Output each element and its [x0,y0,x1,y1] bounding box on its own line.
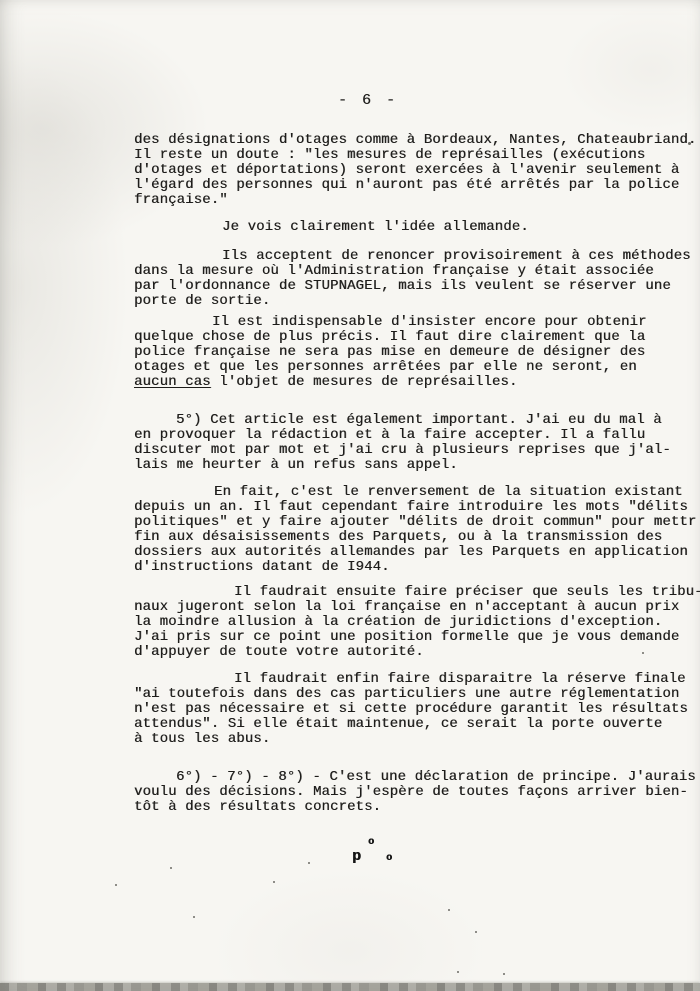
text-line: naux jugeront selon la loi française en … [134,600,700,615]
document-body: des désignations d'otages comme à Bordea… [134,133,700,815]
text-line: tôt à des résultats concrets. [134,800,700,815]
dust-speck [475,931,477,933]
dust-speck [457,971,459,973]
paragraph: Je vois clairement l'idée allemande. [134,220,700,235]
text-line: voulu des décisions. Mais j'espère de to… [134,785,700,800]
text-line: depuis un an. Il faut cependant faire in… [134,500,700,515]
paragraph: Il faudrait ensuite faire préciser que s… [134,585,700,660]
scan-bottom-edge [0,983,700,991]
text-line: Je vois clairement l'idée allemande. [134,220,700,235]
text-line: d'otages et déportations) seront exercée… [134,163,700,178]
dust-speck [642,652,644,654]
text-line: 5°) Cet article est également important.… [134,413,700,428]
paragraph: Il faudrait enfin faire disparaitre la r… [134,672,700,747]
paragraph: des désignations d'otages comme à Bordea… [134,133,700,208]
text-line: Il faudrait enfin faire disparaitre la r… [134,672,700,687]
dust-speck [688,142,691,145]
text-line: par l'ordonnance de STUPNAGEL, mais ils … [134,279,700,294]
text-line: Ils acceptent de renoncer provisoirement… [134,249,700,264]
paragraph: 6°) - 7°) - 8°) - C'est une déclaration … [134,770,700,815]
underlined-text: aucun cas [134,374,211,390]
text-line: politiques" et y faire ajouter "délits d… [134,515,700,530]
text-line: discuter mot par mot et j'ai cru à plusi… [134,443,700,458]
text-line: d'appuyer de toute votre autorité. [134,645,700,660]
dust-speck [170,867,172,869]
text-line: française." [134,193,700,208]
text-line: dossiers aux autorités allemandes par le… [134,545,700,560]
dust-speck [448,909,450,911]
text-line: n'est pas nécessaire et si cette procédu… [134,702,700,717]
stray-ink-mark: p [352,849,361,864]
page-number: - 6 - [18,92,700,109]
dust-speck [273,881,275,883]
text-line: porte de sortie. [134,294,700,309]
paragraph: 5°) Cet article est également important.… [134,413,700,473]
text-line: En fait, c'est le renversement de la sit… [134,485,700,500]
text-line: J'ai pris sur ce point une position form… [134,630,700,645]
stray-ink-mark: o [368,838,374,848]
paragraph: Il est indispensable d'insister encore p… [134,315,700,390]
text-line: l'égard des personnes qui n'auront pas é… [134,178,700,193]
text-line: en provoquer la rédaction et à la faire … [134,428,700,443]
text-line: attendus". Si elle était maintenue, ce s… [134,717,700,732]
text-line: "ai toutefois dans des cas particuliers … [134,687,700,702]
text-line: quelque chose de plus précis. Il faut di… [134,330,700,345]
text-line: police française ne sera pas mise en dem… [134,345,700,360]
dust-speck [115,884,117,886]
text-line: d'instructions datant de I944. [134,560,700,575]
text-line: Il faudrait ensuite faire préciser que s… [134,585,700,600]
text-line: la moindre allusion à la création de jur… [134,615,700,630]
text-line: Il reste un doute : "les mesures de repr… [134,148,700,163]
stray-ink-mark: o [386,854,392,864]
text-line: Il est indispensable d'insister encore p… [134,315,700,330]
paragraph: Ils acceptent de renoncer provisoirement… [134,249,700,309]
dust-speck [503,973,505,975]
dust-speck [193,916,195,918]
paragraph: En fait, c'est le renversement de la sit… [134,485,700,575]
scanned-document-page: - 6 - des désignations d'otages comme à … [0,0,700,991]
text-line: dans la mesure où l'Administration franç… [134,264,700,279]
text-line: otages et que les personnes arrêtées par… [134,360,700,375]
dust-speck [308,862,310,864]
text-line: aucun cas l'objet de mesures de représai… [134,375,700,390]
text-line: lais me heurter à un refus sans appel. [134,458,700,473]
text-line: 6°) - 7°) - 8°) - C'est une déclaration … [134,770,700,785]
text-line: des désignations d'otages comme à Bordea… [134,133,700,148]
text-line: fin aux désaisissements des Parquets, ou… [134,530,700,545]
text-line: à tous les abus. [134,732,700,747]
